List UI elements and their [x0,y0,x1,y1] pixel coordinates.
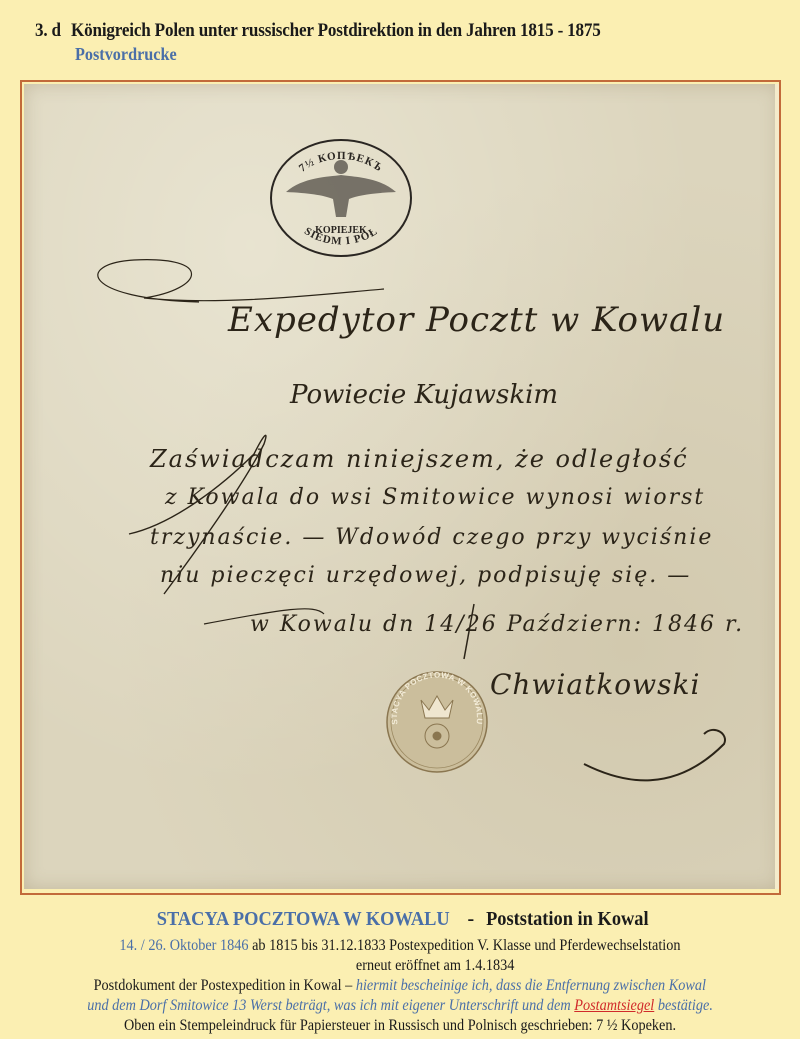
post-office-seal: STACYA POCZTOWA W KOWALU [385,670,489,774]
page-title: Königreich Polen unter russischer Postdi… [71,20,601,41]
caption-line-4: Postdokument der Postexpedition in Kowal… [0,977,800,995]
caption-line-3: erneut eröffnet am 1.4.1834 [0,957,800,975]
page-subtitle: Postvordrucke [75,44,177,65]
handwriting-line-3: Zaświadczam niniejszem, że odległość [150,445,689,473]
tax-stamp-top: 7½ КОПѢЕКЪ SIEDM I PÓŁ KOPIEJEK [268,137,414,259]
section-number: 3. d [35,20,71,42]
handwriting-date-line: w Kowalu dn 14/26 Październ: 1846 r. [250,612,744,637]
handwriting-line-4: z Kowala do wsi Smitowice wynosi wiorst [165,485,705,510]
header-title-line: 3. dKönigreich Polen unter russischer Po… [35,20,601,42]
caption-title-polish: STACYA POCZTOWA W KOWALU [157,908,450,931]
handwriting-line-2: Powiecie Kujawskim [290,380,558,410]
caption-doc-desc: Postdokument der Postexpedition in Kowal… [94,977,356,994]
caption-translation-3: bestätige. [654,997,713,1014]
caption-translation-2: und dem Dorf Smitowice 13 Werst beträgt,… [87,997,574,1014]
caption-title-sep: - [463,908,480,930]
caption-line-2: 14. / 26. Oktober 1846 ab 1815 bis 31.12… [0,937,800,955]
caption-stamp-note: Oben ein Stempeleindruck für Papiersteue… [124,1017,676,1035]
handwriting-line-1: Expedytor Pocztt w Kowalu [228,300,725,340]
caption-line-6: Oben ein Stempeleindruck für Papiersteue… [0,1017,800,1035]
paper-edge [775,84,779,889]
handwritten-signature: Chwiatkowski [490,668,700,701]
handwriting-line-5: trzynaście. — Wdowód czego przy wyciśnie [150,525,713,550]
caption-reopened: erneut eröffnet am 1.4.1834 [356,957,515,975]
postamtsiegel-link[interactable]: Postamtsiegel [574,997,654,1014]
caption-translation-1: hiermit bescheinige ich, dass die Entfer… [356,977,706,994]
handwriting-line-6: niu pieczęci urzędowej, podpisuję się. — [160,563,691,588]
caption-title-german: Poststation in Kowal [486,908,649,931]
caption-date: 14. / 26. Oktober 1846 [119,937,248,954]
caption-title: STACYA POCZTOWA W KOWALU - Poststation i… [0,908,800,931]
stamp-text-mid: KOPIEJEK [315,225,367,236]
caption-line-5: und dem Dorf Smitowice 13 Werst beträgt,… [0,997,800,1015]
caption-history: ab 1815 bis 31.12.1833 Postexpedition V.… [249,937,681,954]
